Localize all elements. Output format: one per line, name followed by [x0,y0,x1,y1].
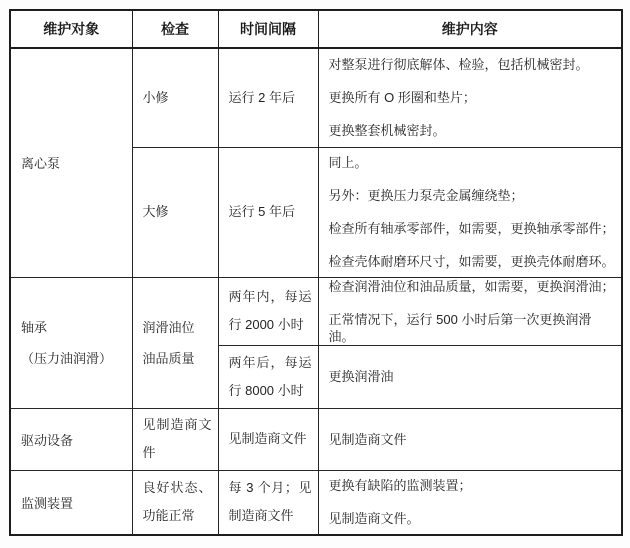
cell-driver-check: 见制造商文件 [132,408,218,470]
cell-bearing-within-interval: 两年内，每运行 2000 小时 [218,277,318,345]
cell-pump-major-interval: 运行 5 年后 [218,147,318,277]
cell-bearing-after-content: 更换润滑油 [318,345,622,408]
cell-pump-minor-interval: 运行 2 年后 [218,48,318,147]
content-paragraph: 更换所有 O 形圈和垫片； [329,89,618,106]
row-driver-equipment: 驱动设备 见制造商文件 见制造商文件 见制造商文件 [10,408,622,470]
header-row: 维护对象 检查 时间间隔 维护内容 [10,10,622,48]
header-maintenance-object: 维护对象 [10,10,132,48]
cell-bearing-object: 轴承 （压力油润滑） [10,277,132,408]
check-line: 油品质量 [143,350,212,367]
row-monitoring-device: 监测装置 良好状态、功能正常 每 3 个月；见制造商文件 更换有缺陷的监测装置；… [10,470,622,535]
cell-driver-interval: 见制造商文件 [218,408,318,470]
object-line: （压力油润滑） [21,350,126,367]
cell-pump-minor-check: 小修 [132,48,218,147]
content-paragraph: 更换整套机械密封。 [329,122,618,139]
cell-pump-minor-content: 对整泵进行彻底解体、检验，包括机械密封。 更换所有 O 形圈和垫片； 更换整套机… [318,48,622,147]
cell-monitor-object: 监测装置 [10,470,132,535]
content-paragraph: 正常情况下，运行 500 小时后第一次更换润滑油。 [329,311,618,345]
cell-pump-major-content: 同上。 另外：更换压力泵壳金属缠绕垫； 检查所有轴承零部件，如需要，更换轴承零部… [318,147,622,277]
content-paragraph: 对整泵进行彻底解体、检验，包括机械密封。 [329,56,618,73]
cell-pump-object: 离心泵 [10,48,132,277]
content-paragraph: 见制造商文件 [329,431,618,448]
content-paragraph: 同上。 [329,154,618,171]
cell-monitor-check: 良好状态、功能正常 [132,470,218,535]
cell-monitor-content: 更换有缺陷的监测装置； 见制造商文件。 [318,470,622,535]
header-maintenance-content: 维护内容 [318,10,622,48]
header-check: 检查 [132,10,218,48]
content-paragraph: 更换有缺陷的监测装置； [329,477,618,494]
content-paragraph: 另外：更换压力泵壳金属缠绕垫； [329,187,618,204]
cell-driver-object: 驱动设备 [10,408,132,470]
row-bearing-within-two-years: 轴承 （压力油润滑） 润滑油位 油品质量 两年内，每运行 2000 小时 检查润… [10,277,622,345]
row-pump-minor-repair: 离心泵 小修 运行 2 年后 对整泵进行彻底解体、检验，包括机械密封。 更换所有… [10,48,622,147]
cell-bearing-check: 润滑油位 油品质量 [132,277,218,408]
header-time-interval: 时间间隔 [218,10,318,48]
document-page: 维护对象 检查 时间间隔 维护内容 离心泵 小修 运行 2 年后 对整泵进行彻底… [0,0,630,548]
cell-bearing-after-interval: 两年后，每运行 8000 小时 [218,345,318,408]
cell-monitor-interval: 每 3 个月；见制造商文件 [218,470,318,535]
cell-bearing-within-content: 检查润滑油位和油品质量，如需要，更换润滑油； 正常情况下，运行 500 小时后第… [318,277,622,345]
content-paragraph: 更换润滑油 [329,368,618,385]
object-line: 轴承 [21,319,126,336]
content-paragraph: 检查壳体耐磨环尺寸，如需要，更换壳体耐磨环。 [329,253,618,270]
content-paragraph: 检查所有轴承零部件，如需要，更换轴承零部件； [329,220,618,237]
check-line: 润滑油位 [143,319,212,336]
content-paragraph: 见制造商文件。 [329,510,618,527]
maintenance-schedule-table: 维护对象 检查 时间间隔 维护内容 离心泵 小修 运行 2 年后 对整泵进行彻底… [9,9,623,536]
cell-pump-major-check: 大修 [132,147,218,277]
cell-driver-content: 见制造商文件 [318,408,622,470]
content-paragraph: 检查润滑油位和油品质量，如需要，更换润滑油； [329,278,618,295]
